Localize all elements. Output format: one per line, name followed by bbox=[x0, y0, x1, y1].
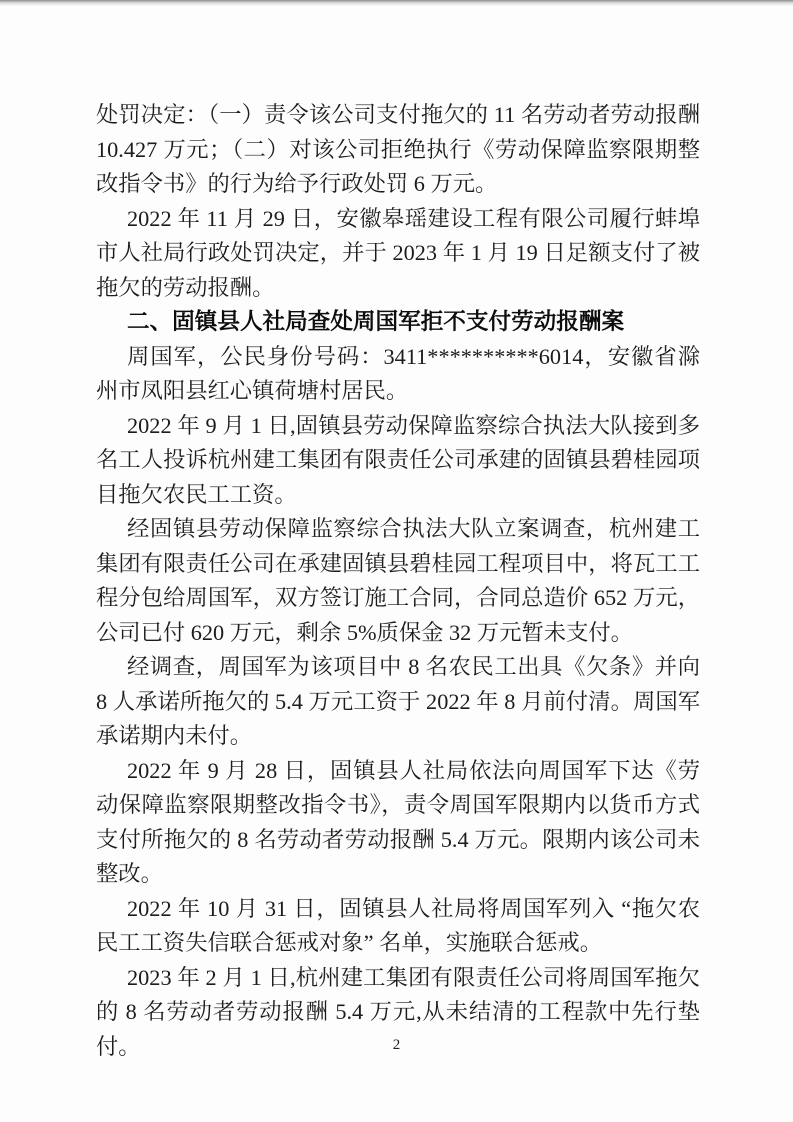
paragraph: 2022 年 9 月 1 日,固镇县劳动保障监察综合执法大队接到多名工人投诉杭州… bbox=[96, 409, 700, 513]
page-footer: 2 bbox=[0, 1036, 793, 1054]
paragraph: 2022 年 9 月 28 日，固镇县人社局依法向周国军下达《劳动保障监察限期整… bbox=[96, 754, 700, 892]
section-heading: 二、固镇县人社局查处周国军拒不支付劳动报酬案 bbox=[96, 305, 700, 340]
page-number: 2 bbox=[393, 1037, 401, 1053]
document-page: 处罚决定：（一）责令该公司支付拖欠的 11 名劳动者劳动报酬 10.427 万元… bbox=[0, 0, 793, 1122]
paragraph: 处罚决定：（一）责令该公司支付拖欠的 11 名劳动者劳动报酬 10.427 万元… bbox=[96, 98, 700, 202]
paragraph: 经固镇县劳动保障监察综合执法大队立案调查，杭州建工集团有限责任公司在承建固镇县碧… bbox=[96, 512, 700, 650]
document-body: 处罚决定：（一）责令该公司支付拖欠的 11 名劳动者劳动报酬 10.427 万元… bbox=[96, 98, 700, 1064]
paragraph: 经调查，周国军为该项目中 8 名农民工出具《欠条》并向 8 人承诺所拖欠的 5.… bbox=[96, 650, 700, 754]
paragraph: 周国军，公民身份号码：3411**********6014，安徽省滁州市凤阳县红… bbox=[96, 340, 700, 409]
paragraph: 2022 年 11 月 29 日，安徽皋瑶建设工程有限公司履行蚌埠市人社局行政处… bbox=[96, 202, 700, 306]
scan-edge-artifact bbox=[0, 0, 793, 6]
paragraph: 2022 年 10 月 31 日，固镇县人社局将周国军列入 “拖欠农民工工资失信… bbox=[96, 892, 700, 961]
